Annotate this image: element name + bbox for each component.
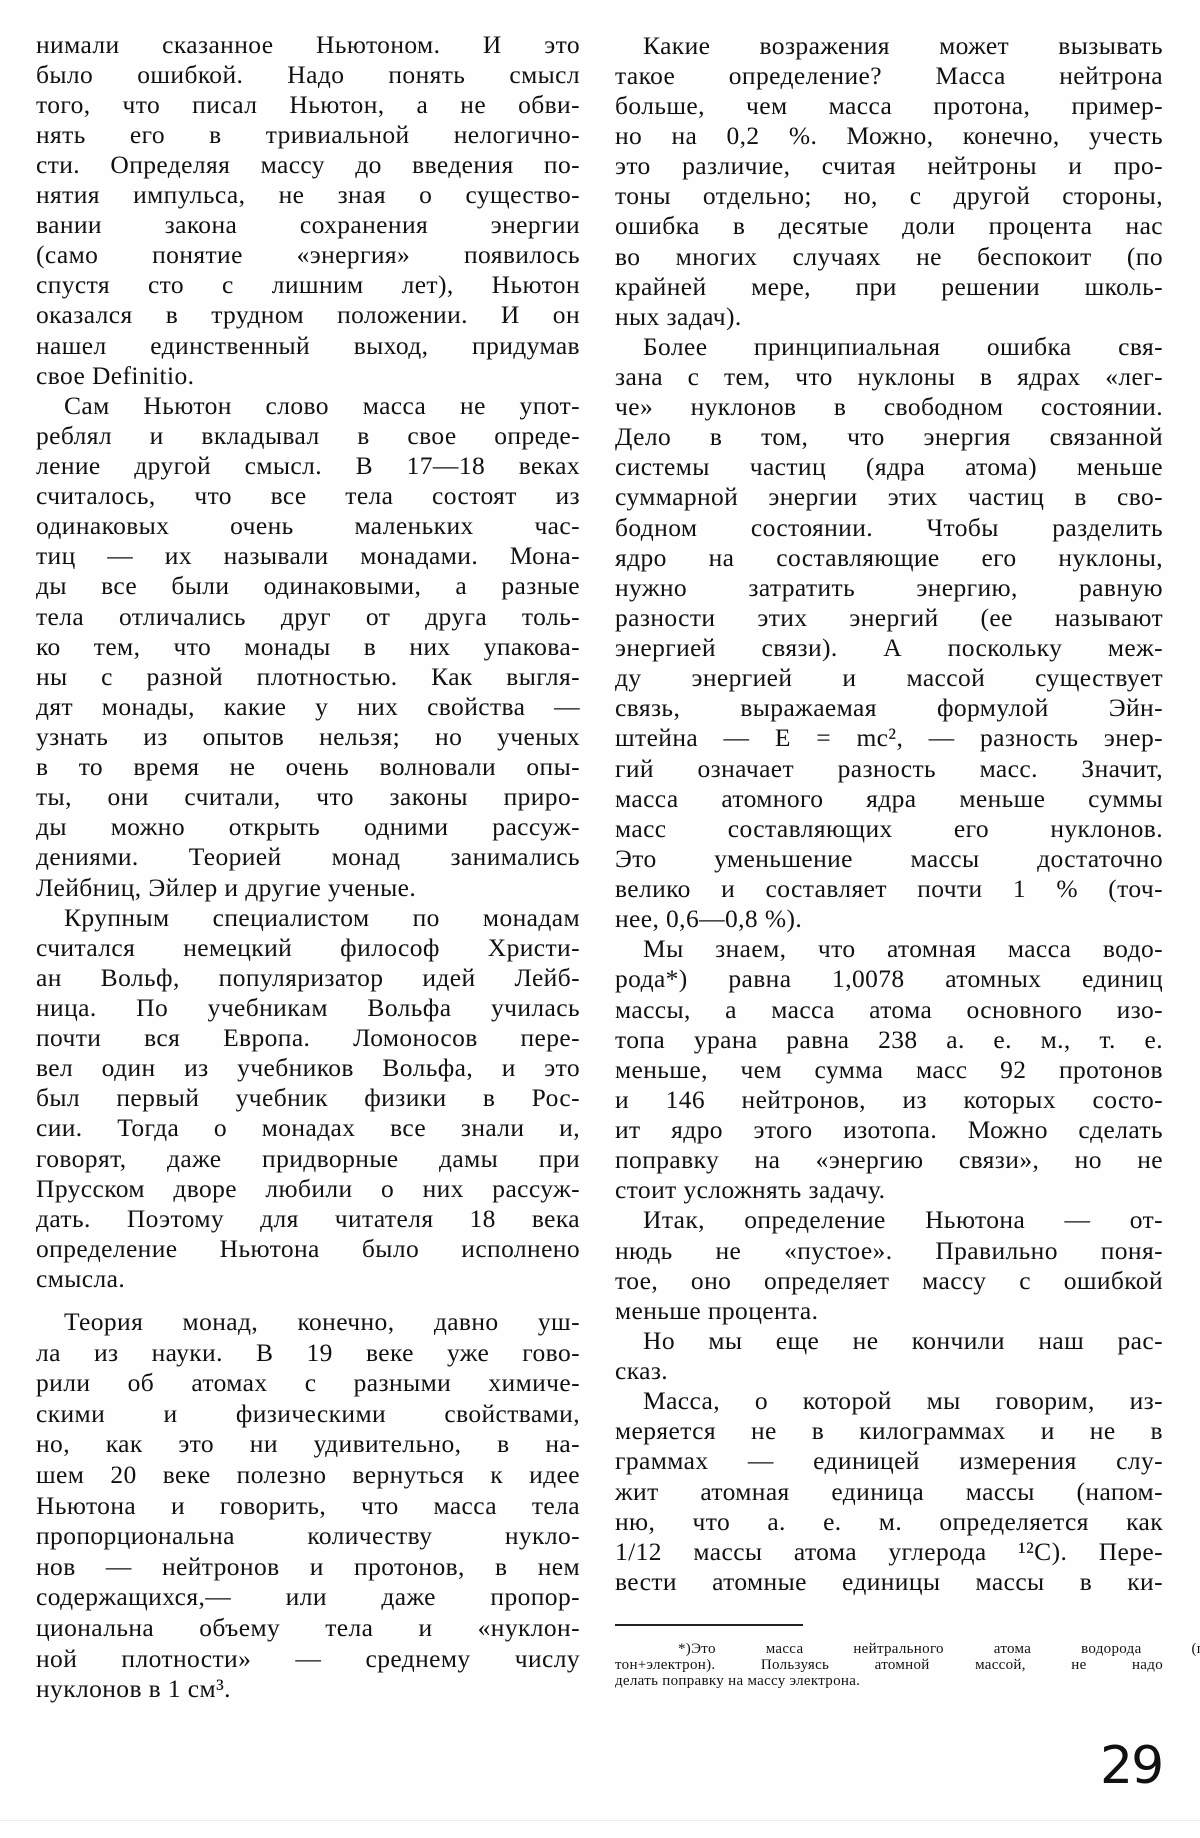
text-line: содержащихся,— или даже пропор- <box>36 1582 580 1612</box>
text-line: ной плотности» — среднему числу <box>36 1644 580 1674</box>
text-line: это различие, считая нейтроны и про- <box>615 151 1163 181</box>
paragraph-start-line: Сам Ньютон слово масса не упот- <box>36 391 580 421</box>
text-line: спустя сто с лишним лет), Ньютон <box>36 270 580 300</box>
text-line: узнать из опытов нельзя; но ученых <box>36 722 580 752</box>
page-number: 29 <box>1100 1738 1170 1794</box>
text-line: стоит усложнять задачу. <box>615 1175 1163 1205</box>
text-line: ню, что а. е. м. определяется как <box>615 1507 1163 1537</box>
text-line: граммах — единицей измерения слу- <box>615 1446 1163 1476</box>
text-line: энергией связи). А поскольку меж- <box>615 633 1163 663</box>
text-line: нее, 0,6—0,8 %). <box>615 904 1163 934</box>
paragraph-start-line: Масса, о которой мы говорим, из- <box>615 1386 1163 1416</box>
text-line: в то время не очень волновали опы- <box>36 752 580 782</box>
text-line: определение Ньютона было исполнено <box>36 1234 580 1264</box>
text-line: разности этих энергий (ее называют <box>615 603 1163 633</box>
formula-line: штейна — E = mc², — разность энер- <box>615 723 1163 753</box>
text-line: гий означает разность масс. Значит, <box>615 754 1163 784</box>
text-line: нов — нейтронов и протонов, в нем <box>36 1552 580 1582</box>
text-line: свое Definitio. <box>36 361 580 391</box>
text-line: и 146 нейтронов, из которых состо- <box>615 1085 1163 1115</box>
text-line: вести атомные единицы массы в ки- <box>615 1567 1163 1597</box>
text-line: тое, оно определяет массу с ошибкой <box>615 1266 1163 1296</box>
text-line: нимали сказанное Ньютоном. И это <box>36 30 580 60</box>
page-bottom-edge <box>0 1820 1200 1821</box>
text-line: циональна объему тела и «нуклон- <box>36 1613 580 1643</box>
text-line: Это уменьшение массы достаточно <box>615 844 1163 874</box>
text-line: ных задач). <box>615 302 1163 332</box>
text-line: велико и составляет почти 1 % (точ- <box>615 874 1163 904</box>
text-line: массы, а масса атома основного изо- <box>615 995 1163 1025</box>
text-line: Лейбниц, Эйлер и другие ученые. <box>36 873 580 903</box>
text-line: вел один из учебников Вольфа, и это <box>36 1053 580 1083</box>
text-line: связь, выражаемая формулой Эйн- <box>615 693 1163 723</box>
paragraph-start-line: Более принципиальная ошибка свя- <box>615 332 1163 362</box>
text-line: но на 0,2 %. Можно, конечно, учесть <box>615 121 1163 151</box>
footnote-ref-line: рода*) равна 1,0078 атомных единиц <box>615 964 1163 994</box>
text-line: больше, чем масса протона, пример- <box>615 91 1163 121</box>
text-line: рили об атомах с разными химиче- <box>36 1368 580 1398</box>
text-line: говорят, даже придворные дамы при <box>36 1144 580 1174</box>
text-line: нужно затратить энергию, равную <box>615 573 1163 603</box>
paragraph-start-line: Какие возражения может вызывать <box>615 31 1163 61</box>
text-line: нятия импульса, не зная о существо- <box>36 180 580 210</box>
paragraph-start-line: Итак, определение Ньютона — от- <box>615 1205 1163 1235</box>
footnote-line: *)Это масса нейтрального атома водорода … <box>615 1641 1200 1657</box>
text-line: меньше процента. <box>615 1296 1163 1326</box>
text-line: одинаковых очень маленьких час- <box>36 511 580 541</box>
text-line: скими и физическими свойствами, <box>36 1399 580 1429</box>
text-line: считалось, что все тела состоят из <box>36 481 580 511</box>
text-line: дать. Поэтому для читателя 18 века <box>36 1204 580 1234</box>
text-line: реблял и вкладывал в свое опреде- <box>36 421 580 451</box>
text-line: суммарной энергии этих частиц в сво- <box>615 482 1163 512</box>
text-line: пропорциональна количеству нукло- <box>36 1521 580 1551</box>
text-line: ошибка в десятые доли процента нас <box>615 211 1163 241</box>
text-line: было ошибкой. Надо понять смысл <box>36 60 580 90</box>
text-line: топа урана равна 238 а. е. м., т. е. <box>615 1025 1163 1055</box>
text-line: смысла. <box>36 1264 580 1294</box>
text-line: системы частиц (ядра атома) меньше <box>615 452 1163 482</box>
text-line: того, что писал Ньютон, а не обви- <box>36 90 580 120</box>
text-line: ды можно открыть одними рассуж- <box>36 812 580 842</box>
text-line: ды все были одинаковыми, а разные <box>36 571 580 601</box>
text-line: оказался в трудном положении. И он <box>36 300 580 330</box>
text-line: ла из науки. В 19 веке уже гово- <box>36 1338 580 1368</box>
text-line: че» нуклонов в свободном состоянии. <box>615 392 1163 422</box>
text-line: ны с разной плотностью. Как выгля- <box>36 662 580 692</box>
text-line: ница. По учебникам Вольфа училась <box>36 993 580 1023</box>
paragraph-start-line: Мы знаем, что атомная масса водо- <box>615 934 1163 964</box>
text-line: ление другой смысл. В 17—18 веках <box>36 451 580 481</box>
text-line: почти вся Европа. Ломоносов пере- <box>36 1023 580 1053</box>
text-line: был первый учебник физики в Рос- <box>36 1083 580 1113</box>
text-line: ядро на составляющие его нуклоны, <box>615 543 1163 573</box>
paragraph-start-line: Крупным специалистом по монадам <box>36 903 580 933</box>
text-line: тоны отдельно; но, с другой стороны, <box>615 181 1163 211</box>
text-line: масса атомного ядра меньше суммы <box>615 784 1163 814</box>
text-line: нюдь не «пустое». Правильно поня- <box>615 1236 1163 1266</box>
text-line: нашел единственный выход, придумав <box>36 331 580 361</box>
text-line: сти. Определяя массу до введения по- <box>36 150 580 180</box>
text-line: считался немецкий философ Христи- <box>36 933 580 963</box>
text-line: (само понятие «энергия» появилось <box>36 240 580 270</box>
footnote-line: тон+электрон). Пользуясь атомной массой,… <box>615 1657 1163 1673</box>
text-line: сказ. <box>615 1356 1163 1386</box>
text-line: зана с тем, что нуклоны в ядрах «лег- <box>615 362 1163 392</box>
text-line: такое определение? Масса нейтрона <box>615 61 1163 91</box>
text-line: ты, они считали, что законы приро- <box>36 782 580 812</box>
text-line: ко тем, что монады в них упакова- <box>36 632 580 662</box>
text-line: Прусском дворе любили о них рассуж- <box>36 1174 580 1204</box>
text-line: ит ядро этого изотопа. Можно сделать <box>615 1115 1163 1145</box>
paragraph-start-line: Теория монад, конечно, давно уш- <box>36 1307 580 1337</box>
text-line: шем 20 веке полезно вернуться к идее <box>36 1460 580 1490</box>
text-line: Ньютона и говорить, что масса тела <box>36 1491 580 1521</box>
text-line: 1/12 массы атома углерода ¹²C). Пере- <box>615 1537 1163 1567</box>
text-line: меряется не в килограммах и не в <box>615 1416 1163 1446</box>
text-line: тиц — их называли монадами. Мона- <box>36 541 580 571</box>
footnote-separator <box>615 1624 803 1626</box>
text-line: вании закона сохранения энергии <box>36 210 580 240</box>
text-line: масс составляющих его нуклонов. <box>615 814 1163 844</box>
paragraph-start-line: Но мы еще не кончили наш рас- <box>615 1326 1163 1356</box>
text-line: сии. Тогда о монадах все знали и, <box>36 1113 580 1143</box>
book-page: нимали сказанное Ньютоном. И это было ош… <box>0 0 1200 1838</box>
text-line: нять его в тривиальной нелогично- <box>36 120 580 150</box>
text-line: крайней мере, при решении школь- <box>615 272 1163 302</box>
text-line: дениями. Теорией монад занимались <box>36 842 580 872</box>
text-line: жит атомная единица массы (напом- <box>615 1477 1163 1507</box>
text-line: тела отличались друг от друга толь- <box>36 602 580 632</box>
text-line: но, как это ни удивительно, в на- <box>36 1429 580 1459</box>
text-line: во многих случаях не беспокоит (по <box>615 242 1163 272</box>
text-line: дят монады, какие у них свойства — <box>36 692 580 722</box>
footnote-line: делать поправку на массу электрона. <box>615 1673 1163 1689</box>
text-line: ду энергией и массой существует <box>615 663 1163 693</box>
text-line: ан Вольф, популяризатор идей Лейб- <box>36 963 580 993</box>
text-line: меньше, чем сумма масс 92 протонов <box>615 1055 1163 1085</box>
text-line: Дело в том, что энергия связанной <box>615 422 1163 452</box>
text-line: поправку на «энергию связи», но не <box>615 1145 1163 1175</box>
text-line: бодном состоянии. Чтобы разделить <box>615 513 1163 543</box>
text-line: нуклонов в 1 см³. <box>36 1674 580 1704</box>
